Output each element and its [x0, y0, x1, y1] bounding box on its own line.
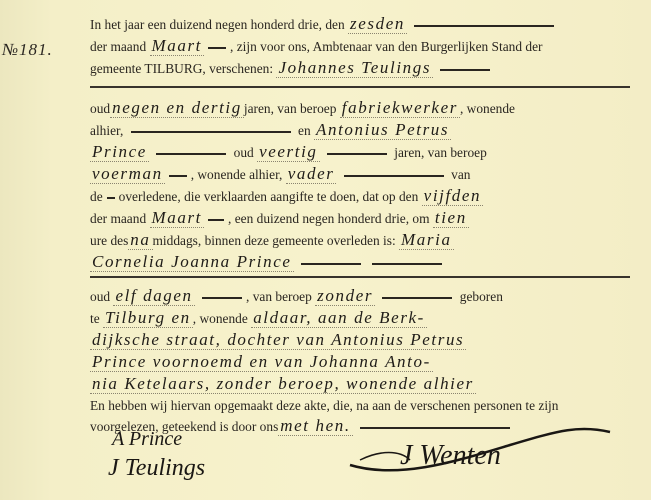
- printed-text: der maand: [90, 211, 146, 226]
- line-14: dijksche straat, dochter van Antonius Pe…: [90, 330, 630, 350]
- handwritten-residence: aldaar, aan de Berk-: [251, 308, 427, 328]
- section-rule: [90, 86, 630, 88]
- line-10: ure desnamiddags, binnen deze gemeente o…: [90, 230, 630, 250]
- handwritten-deceased-age: elf dagen: [113, 286, 194, 306]
- fill-dash: [301, 263, 361, 265]
- handwritten-time-of-day: na: [128, 230, 152, 250]
- fill-dash: [344, 175, 444, 177]
- line-7: voerman, wonende alhier, vader van: [90, 164, 630, 184]
- fill-dash: [208, 219, 224, 221]
- fill-dash: [382, 297, 452, 299]
- line-5: alhier, en Antonius Petrus: [90, 120, 630, 140]
- signature-j-teulings: J Teulings: [108, 455, 205, 482]
- handwritten-death-month: Maart: [150, 208, 205, 228]
- printed-text: middags, binnen deze gemeente overleden …: [153, 233, 396, 248]
- handwritten-death-day: vijfden: [422, 186, 483, 206]
- signature-flourish: [340, 420, 620, 480]
- printed-text: van: [451, 167, 470, 182]
- printed-text: , wonende: [460, 101, 515, 116]
- handwritten-age-2: veertig: [257, 142, 319, 162]
- fill-dash: [202, 297, 242, 299]
- printed-text: te: [90, 311, 100, 326]
- line-8: deoverledene, die verklaarden aangifte t…: [90, 186, 630, 206]
- printed-text: en: [298, 123, 311, 138]
- line-11: Cornelia Joanna Prince: [90, 252, 630, 272]
- fill-dash: [372, 263, 442, 265]
- handwritten-deceased-name: Cornelia Joanna Prince: [90, 252, 294, 272]
- line-4: oudnegen en dertigjaren, van beroep fabr…: [90, 98, 630, 118]
- line-3: gemeente TILBURG, verschenen: Johannes T…: [90, 58, 630, 78]
- fill-dash: [327, 153, 387, 155]
- handwritten-age: negen en dertig: [110, 98, 244, 118]
- fill-dash: [131, 131, 291, 133]
- handwritten-parents-3: nia Ketelaars, zonder beroep, wonende al…: [90, 374, 476, 394]
- line-17: En hebben wij hiervan opgemaakt deze akt…: [90, 396, 630, 416]
- fill-dash: [414, 25, 554, 27]
- fill-dash: [107, 197, 115, 199]
- printed-text: , een duizend negen honderd drie, om: [228, 211, 430, 226]
- printed-text: In het jaar een duizend negen honderd dr…: [90, 17, 345, 32]
- printed-text: de: [90, 189, 103, 204]
- civil-death-record: №181. In het jaar een duizend negen hond…: [0, 0, 651, 500]
- printed-text: jaren, van beroep: [394, 145, 487, 160]
- line-9: der maand Maart, een duizend negen honde…: [90, 208, 630, 228]
- printed-text: overledene, die verklaarden aangifte te …: [119, 189, 419, 204]
- handwritten-deceased-first-name: Maria: [399, 230, 454, 250]
- handwritten-surname: Prince: [90, 142, 149, 162]
- printed-text: alhier,: [90, 123, 123, 138]
- handwritten-deceased-occupation: zonder: [315, 286, 375, 306]
- handwritten-occupation: fabriekwerker: [340, 98, 460, 118]
- line-16: nia Ketelaars, zonder beroep, wonende al…: [90, 374, 630, 394]
- register-number: №181.: [2, 40, 53, 60]
- printed-text: gemeente TILBURG, verschenen:: [90, 61, 273, 76]
- printed-text: geboren: [460, 289, 503, 304]
- fill-dash: [156, 153, 226, 155]
- line-15: Prince voornoemd en van Johanna Anto-: [90, 352, 630, 372]
- printed-text: jaren, van beroep: [244, 101, 337, 116]
- fill-dash: [169, 175, 187, 177]
- handwritten-occupation-2: voerman: [90, 164, 165, 184]
- printed-text: ure des: [90, 233, 128, 248]
- printed-text: der maand: [90, 39, 146, 54]
- line-1: In het jaar een duizend negen honderd dr…: [90, 14, 630, 34]
- printed-text: oud: [90, 289, 110, 304]
- signature-a-prince: A Prince: [112, 428, 182, 451]
- handwritten-month: Maart: [150, 36, 205, 56]
- printed-text: oud: [90, 101, 110, 116]
- handwritten-birthplace: Tilburg en: [103, 308, 193, 328]
- printed-text: oud: [234, 145, 254, 160]
- handwritten-day: zesden: [348, 14, 407, 34]
- line-6: Prince oud veertig jaren, van beroep: [90, 142, 630, 162]
- line-2: der maand Maart, zijn voor ons, Ambtenaa…: [90, 36, 630, 56]
- printed-text: , van beroep: [246, 289, 312, 304]
- handwritten-parents-1: dijksche straat, dochter van Antonius Pe…: [90, 330, 466, 350]
- section-rule: [90, 276, 630, 278]
- printed-text: , zijn voor ons, Ambtenaar van den Burge…: [230, 39, 543, 54]
- handwritten-declarant-name: Johannes Teulings: [276, 58, 433, 78]
- handwritten-hour: tien: [433, 208, 469, 228]
- fill-dash: [440, 69, 490, 71]
- fill-dash: [208, 47, 226, 49]
- line-12: oud elf dagen , van beroep zonder gebore…: [90, 286, 630, 306]
- handwritten-parents-2: Prince voornoemd en van Johanna Anto-: [90, 352, 433, 372]
- printed-text: En hebben wij hiervan opgemaakt deze akt…: [90, 398, 558, 413]
- printed-text: , wonende: [193, 311, 248, 326]
- handwritten-second-declarant: Antonius Petrus: [314, 120, 451, 140]
- printed-text: , wonende alhier,: [191, 167, 283, 182]
- handwritten-relation: vader: [286, 164, 337, 184]
- line-13: te Tilburg en, wonende aldaar, aan de Be…: [90, 308, 630, 328]
